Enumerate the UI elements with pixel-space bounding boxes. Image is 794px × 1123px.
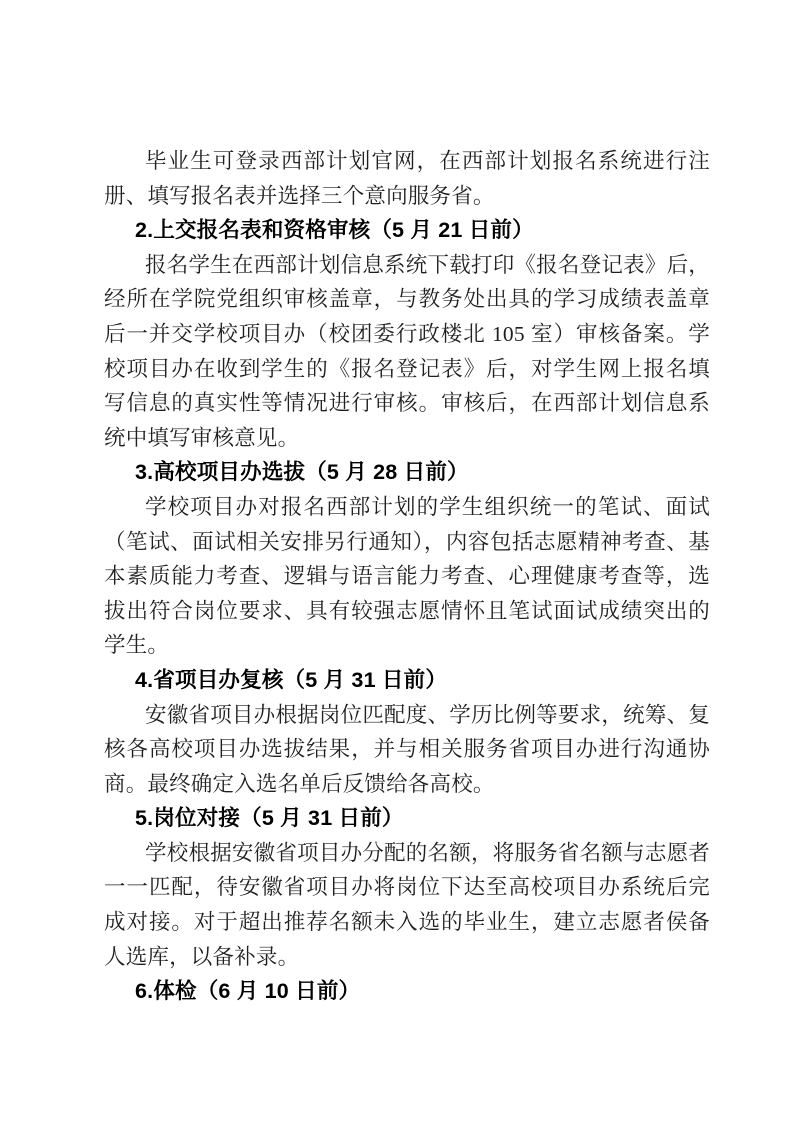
paragraph-post-matching: 学校根据安徽省项目办分配的名额，将服务省名额与志愿者一一匹配，待安徽省项目办将岗… [104,836,710,974]
paragraph-submit-form-review: 报名学生在西部计划信息系统下载打印《报名登记表》后，经所在学院党组织审核盖章，与… [104,248,710,456]
section-heading-6-physical-exam: 6.体检（6 月 10 日前） [104,974,710,1009]
section-heading-3-university-selection: 3.高校项目办选拔（5 月 28 日前） [104,455,710,490]
paragraph-registration-continuation: 毕业生可登录西部计划官网，在西部计划报名系统进行注册、填写报名表并选择三个意向服… [104,144,710,213]
paragraph-province-recheck: 安徽省项目办根据岗位匹配度、学历比例等要求，统筹、复核各高校项目办选拔结果，并与… [104,698,710,802]
paragraph-university-selection: 学校项目办对报名西部计划的学生组织统一的笔试、面试（笔试、面试相关安排另行通知）… [104,490,710,663]
section-heading-2-submit-form-review: 2.上交报名表和资格审核（5 月 21 日前） [104,213,710,248]
section-heading-5-post-matching: 5.岗位对接（5 月 31 日前） [104,801,710,836]
section-heading-4-province-recheck: 4.省项目办复核（5 月 31 日前） [104,663,710,698]
document-body: 毕业生可登录西部计划官网，在西部计划报名系统进行注册、填写报名表并选择三个意向服… [104,144,710,1009]
document-page: 毕业生可登录西部计划官网，在西部计划报名系统进行注册、填写报名表并选择三个意向服… [0,0,794,1123]
